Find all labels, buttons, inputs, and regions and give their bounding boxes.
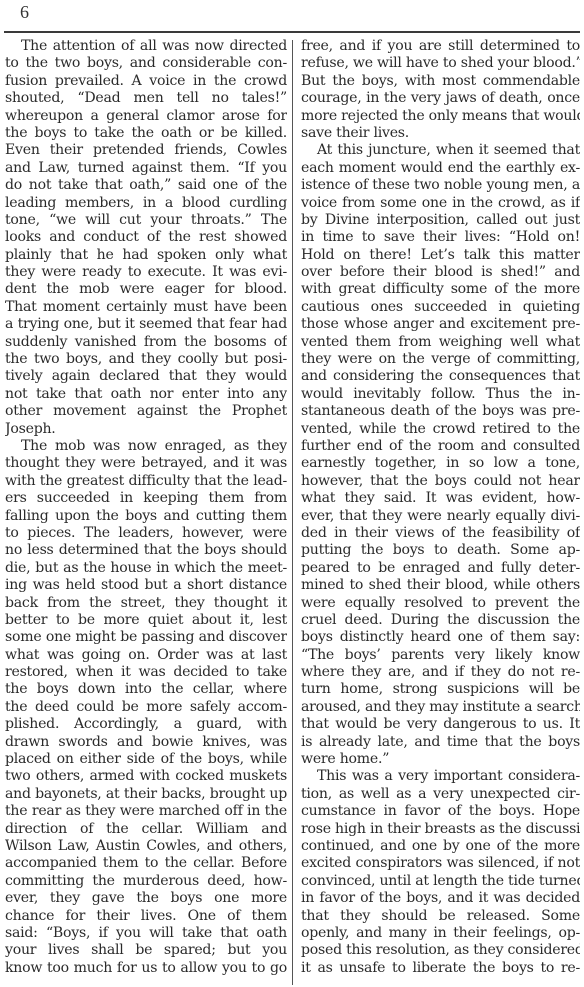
text-line: with the greatest difficulty that the le… — [5, 473, 287, 490]
text-line: that would be very dangerous to us. It — [301, 716, 580, 733]
text-line: not take that oath nor enter into any — [5, 386, 287, 403]
text-line: At this juncture, when it seemed that — [301, 142, 580, 159]
text-line: chance for their lives. One of them — [5, 908, 287, 925]
text-column-right: free, and if you are still determined to… — [301, 38, 580, 977]
text-line: your lives shall be spared; but you — [5, 942, 287, 959]
text-line: This was a very important considera- — [301, 768, 580, 785]
text-line: But the boys, with most commendable — [301, 73, 580, 90]
text-line: to the two boys, and considerable con- — [5, 55, 287, 72]
text-line: each moment would end the earthly ex- — [301, 160, 580, 177]
text-line: know too much for us to allow you to go — [5, 960, 287, 977]
text-line: Wilson Law, Austin Cowles, and others, — [5, 838, 287, 855]
text-line: and bayonets, at their backs, brought up — [5, 786, 287, 803]
text-line: turn home, strong suspicions will be — [301, 681, 580, 698]
text-line: The mob was now enraged, as they — [5, 438, 287, 455]
text-line: plainly that he had spoken only what — [5, 247, 287, 264]
text-line: ing was held stood but a short distance — [5, 577, 287, 594]
text-line: further end of the room and consulted — [301, 438, 580, 455]
text-line: earnestly together, in so low a tone, — [301, 455, 580, 472]
text-line: whereupon a general clamor arose for — [5, 108, 287, 125]
text-line: boys distinctly heard one of them say: — [301, 629, 580, 646]
text-line: do not take that oath,” said one of the — [5, 177, 287, 194]
text-line: committing the murderous deed, how- — [5, 873, 287, 890]
text-line: rose high in their breasts as the discus… — [301, 821, 580, 838]
text-line: and Law, turned against them. “If you — [5, 160, 287, 177]
text-line: drawn swords and bowie knives, was — [5, 734, 287, 751]
text-line: falling upon the boys and cutting them — [5, 508, 287, 525]
text-line: “The boys’ parents very likely know — [301, 647, 580, 664]
text-line: accompanied them to the cellar. Before — [5, 855, 287, 872]
text-line: peared to be enraged and fully deter- — [301, 560, 580, 577]
text-line: ever, that they were nearly equally divi… — [301, 508, 580, 525]
text-line: istence of these two noble young men, a — [301, 177, 580, 194]
text-line: would inevitably follow. Thus the in- — [301, 386, 580, 403]
text-line: other movement against the Prophet — [5, 403, 287, 420]
text-line: back from the street, they thought it — [5, 595, 287, 612]
text-line: shouted, “Dead men tell no tales!” — [5, 90, 287, 107]
text-line: vented them from weighing well what — [301, 334, 580, 351]
text-line: aroused, and they may institute a search — [301, 699, 580, 716]
text-column-left: The attention of all was now directedto … — [5, 38, 287, 977]
text-line: cumstance in favor of the boys. Hope — [301, 803, 580, 820]
text-line: the deed could be more safely accom- — [5, 699, 287, 716]
text-line: vented, while the crowd retired to the — [301, 421, 580, 438]
text-line: ded in their views of the feasibility of — [301, 525, 580, 542]
text-line: over before their blood is shed!” and — [301, 264, 580, 281]
text-line: by Divine interposition, called out just — [301, 212, 580, 229]
text-line: stantaneous death of the boys was pre- — [301, 403, 580, 420]
text-line: ever, they gave the boys one more — [5, 890, 287, 907]
text-line: tively again declared that they would — [5, 368, 287, 385]
text-line: leading members, in a blood curdling — [5, 195, 287, 212]
text-line: thought they were betrayed, and it was — [5, 455, 287, 472]
text-line: save their lives. — [301, 125, 580, 142]
text-line: tone, “we will cut your throats.” The — [5, 212, 287, 229]
text-line: is already late, and time that the boys — [301, 734, 580, 751]
text-line: what was going on. Order was at last — [5, 647, 287, 664]
text-line: refuse, we will have to shed your blood.… — [301, 55, 580, 72]
text-line: Even their pretended friends, Cowles — [5, 142, 287, 159]
text-line: what they said. It was evident, how- — [301, 490, 580, 507]
text-line: no less determined that the boys should — [5, 542, 287, 559]
text-line: were equally resolved to prevent the — [301, 595, 580, 612]
text-line: those whose anger and excitement pre- — [301, 316, 580, 333]
text-line: cautious ones succeeded in quieting — [301, 299, 580, 316]
text-line: two others, armed with cocked muskets — [5, 768, 287, 785]
text-line: the rear as they were marched off in the — [5, 803, 287, 820]
text-line: That moment certainly must have been — [5, 299, 287, 316]
text-line: the boys to take the oath or be killed. — [5, 125, 287, 142]
text-line: Joseph. — [5, 421, 287, 438]
text-line: however, that the boys could not hear — [301, 473, 580, 490]
text-line: fusion prevailed. A voice in the crowd — [5, 73, 287, 90]
text-line: and considering the consequences that — [301, 368, 580, 385]
text-line: that they should be released. Some — [301, 908, 580, 925]
text-line: placed on either side of the boys, while — [5, 751, 287, 768]
text-line: die, but as the house in which the meet- — [5, 560, 287, 577]
text-line: mined to shed their blood, while others — [301, 577, 580, 594]
text-line: some one might be passing and discover — [5, 629, 287, 646]
text-line: were home.” — [301, 751, 580, 768]
text-line: suddenly vanished from the bosoms of — [5, 334, 287, 351]
text-line: The attention of all was now directed — [5, 38, 287, 55]
text-line: in time to save their lives: “Hold on! — [301, 229, 580, 246]
text-line: with great difficulty some of the more — [301, 281, 580, 298]
text-line: the boys down into the cellar, where — [5, 681, 287, 698]
text-line: dent the mob were eager for blood. — [5, 281, 287, 298]
text-line: voice from some one in the crowd, as if — [301, 195, 580, 212]
text-line: tion, as well as a very unexpected cir- — [301, 786, 580, 803]
text-line: better to be more quiet about it, lest — [5, 612, 287, 629]
text-line: said: “Boys, if you will take that oath — [5, 925, 287, 942]
text-line: openly, and many in their feelings, op- — [301, 925, 580, 942]
text-line: direction of the cellar. William and — [5, 821, 287, 838]
text-line: it as unsafe to liberate the boys to re- — [301, 960, 580, 977]
text-line: ers succeeded in keeping them from — [5, 490, 287, 507]
text-line: more rejected the only means that would — [301, 108, 580, 125]
text-line: courage, in the very jaws of death, once — [301, 90, 580, 107]
text-line: they were on the verge of committing, — [301, 351, 580, 368]
text-line: they were ready to execute. It was evi- — [5, 264, 287, 281]
text-line: a trying one, but it seemed that fear ha… — [5, 316, 287, 333]
text-line: free, and if you are still determined to — [301, 38, 580, 55]
header-rule — [4, 31, 580, 33]
text-line: Hold on there! Let’s talk this matter — [301, 247, 580, 264]
text-line: convinced, until at length the tide turn… — [301, 873, 580, 890]
text-line: cruel deed. During the discussion the — [301, 612, 580, 629]
text-line: in favor of the boys, and it was decided — [301, 890, 580, 907]
column-divider — [292, 40, 293, 985]
page-number: 6 — [20, 2, 29, 23]
text-line: where they are, and if they do not re- — [301, 664, 580, 681]
text-line: looks and conduct of the rest showed — [5, 229, 287, 246]
text-line: the two boys, and they coolly but posi- — [5, 351, 287, 368]
text-line: posed this resolution, as they considere… — [301, 942, 580, 959]
text-line: to pieces. The leaders, however, were — [5, 525, 287, 542]
text-line: continued, and one by one of the more — [301, 838, 580, 855]
text-line: excited conspirators was silenced, if no… — [301, 855, 580, 872]
text-line: plished. Accordingly, a guard, with — [5, 716, 287, 733]
text-line: restored, when it was decided to take — [5, 664, 287, 681]
text-line: putting the boys to death. Some ap- — [301, 542, 580, 559]
